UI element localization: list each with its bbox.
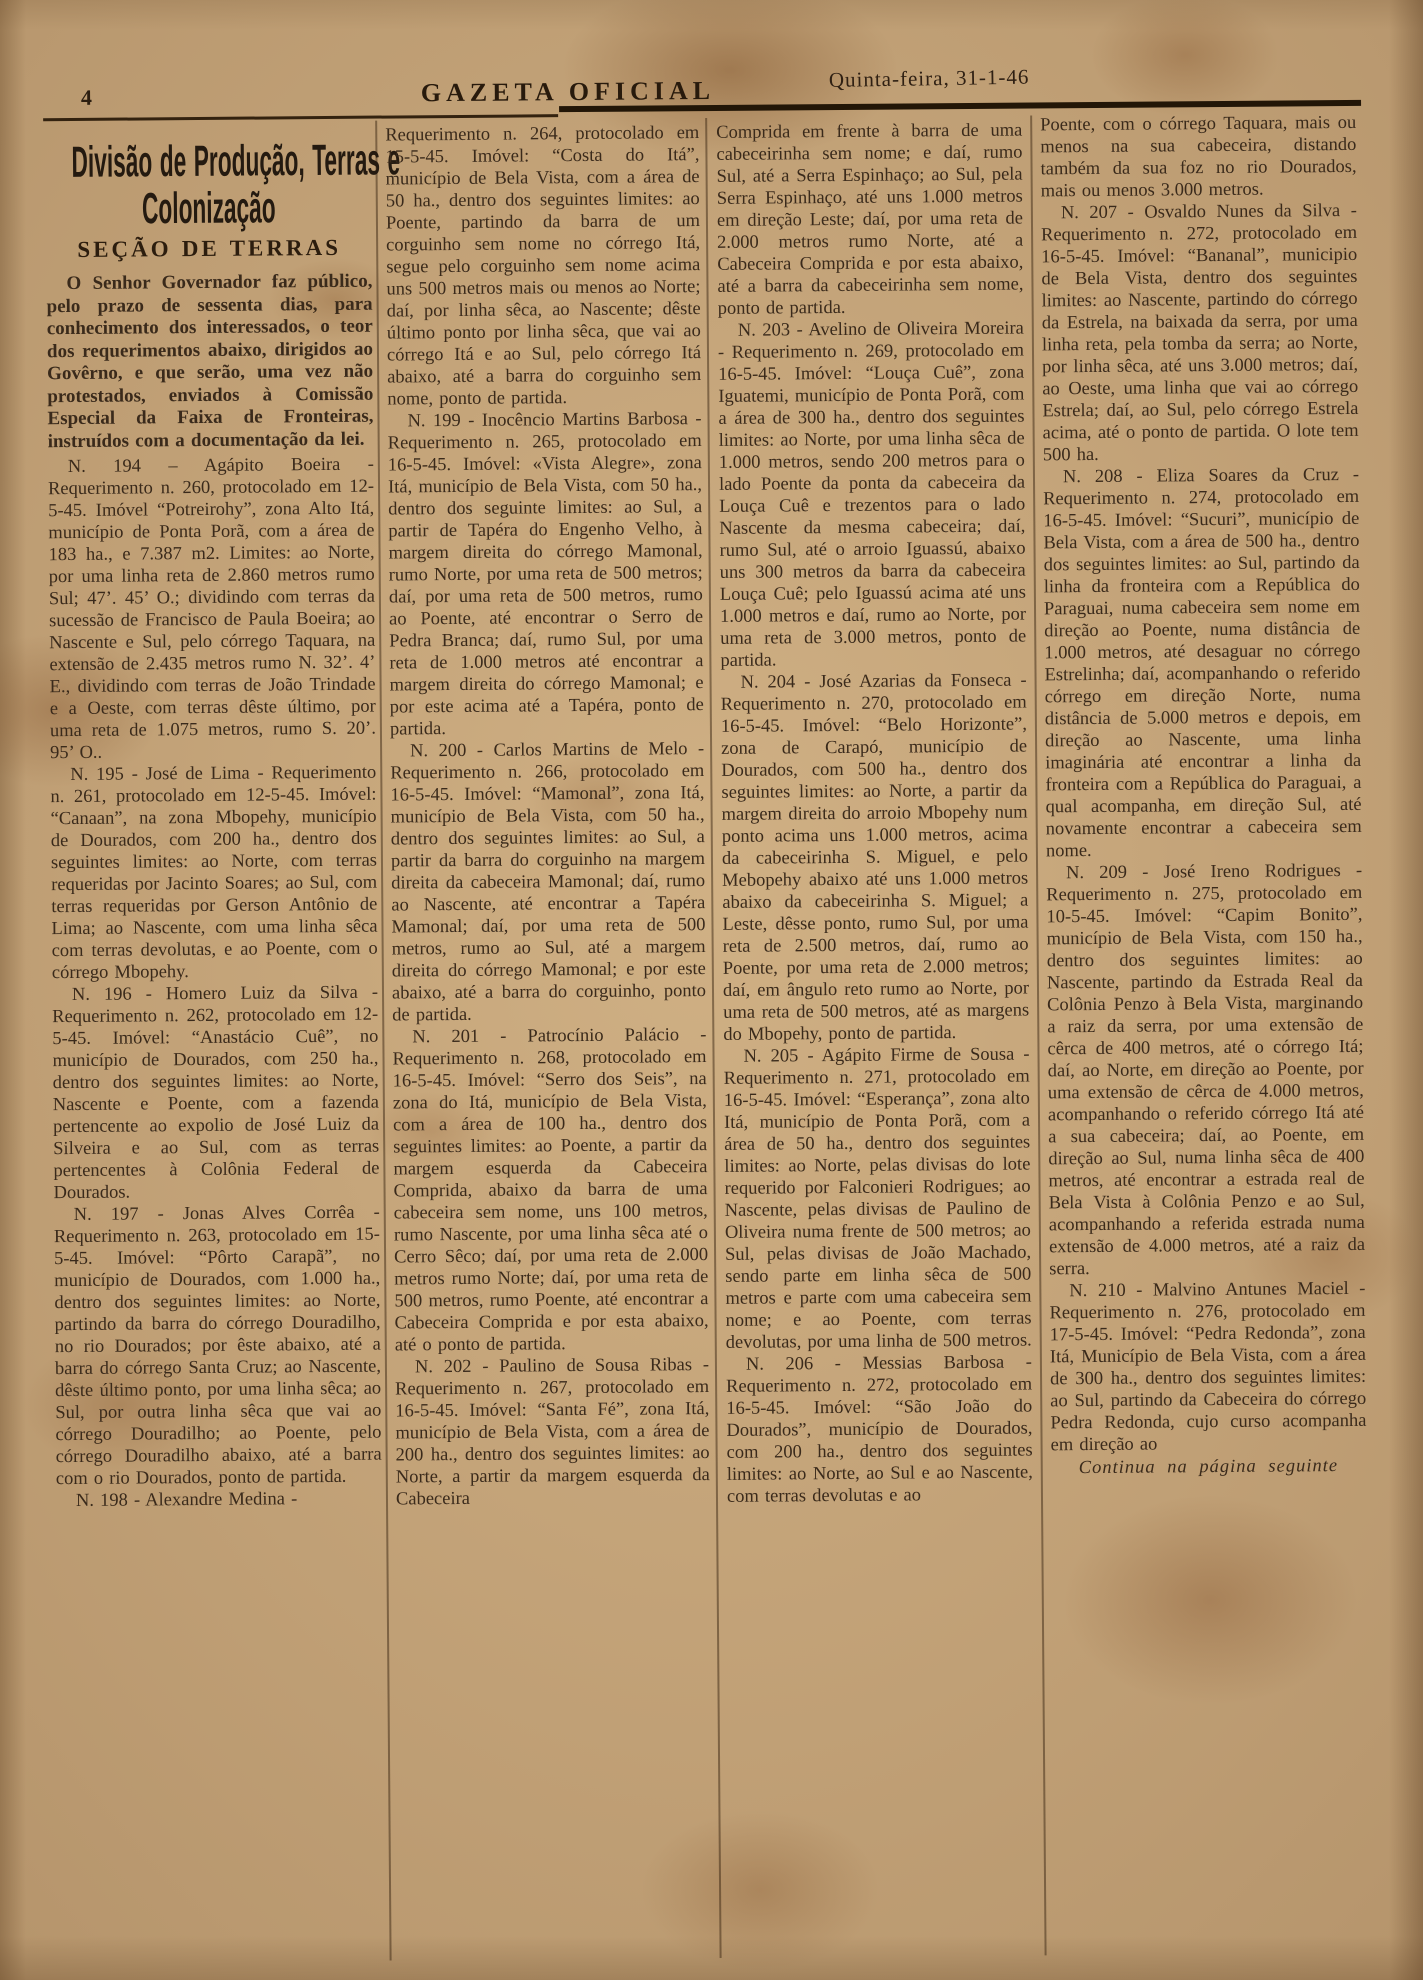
header-rule-left [43, 114, 558, 121]
column-2: Requerimento n. 264, protocolado em 15-5… [385, 122, 710, 1510]
paragraph: N. 200 - Carlos Martins de Melo - Requer… [390, 738, 706, 1026]
paragraph: N. 210 - Malvino Antunes Maciel - Requer… [1049, 1278, 1366, 1456]
paragraph: O Senhor Governador faz público, pelo pr… [46, 271, 373, 454]
paragraph: N. 202 - Paulino de Sousa Ribas - Requer… [395, 1354, 710, 1510]
paragraph: N. 196 - Homero Luiz da Silva - Requerim… [52, 982, 380, 1205]
paragraph: N. 207 - Osvaldo Nunes da Silva - Requer… [1041, 200, 1359, 466]
column-3: Comprida em frente à barra de uma cabece… [716, 120, 1033, 1508]
paragraph: N. 197 - Jonas Alves Corrêa - Requerimen… [54, 1202, 382, 1491]
paragraph: N. 203 - Avelino de Oliveira Moreira - R… [718, 318, 1027, 672]
printed-sheet: 4 GAZETA OFICIAL Quinta-feira, 31-1-46 D… [0, 0, 1423, 1980]
paragraph: N. 201 - Patrocínio Palácio - Requerimen… [392, 1024, 709, 1356]
paragraph: N. 209 - José Ireno Rodrigues - Requerim… [1046, 860, 1365, 1280]
paragraph: Comprida em frente à barra de uma cabece… [716, 120, 1024, 320]
paragraph: N. 195 - José de Lima - Requerimento n. … [50, 762, 378, 985]
paragraph: N. 208 - Eliza Soares da Cruz - Requerim… [1043, 464, 1362, 862]
paragraph: N. 204 - José Azarias da Fonseca - Reque… [721, 670, 1030, 1046]
paragraph: Requerimento n. 264, protocolado em 15-5… [385, 122, 701, 410]
newspaper-page: 4 GAZETA OFICIAL Quinta-feira, 31-1-46 D… [0, 0, 1423, 1980]
headline-line: Colonização [72, 170, 346, 248]
column-1-text: O Senhor Governador faz público, pelo pr… [46, 271, 382, 1513]
article-title: Divisão de Produção, Terras eColonização [45, 123, 372, 220]
paragraph: N. 206 - Messias Barbosa - Requerimento … [726, 1351, 1033, 1507]
paragraph: Continua na página seguinte [1051, 1455, 1367, 1479]
column-1: Divisão de Produção, Terras eColonização… [45, 121, 382, 1513]
column-4: Poente, com o córrego Taquara, mais ou m… [1040, 112, 1367, 1479]
paragraph: N. 198 - Alexandre Medina - [56, 1488, 382, 1513]
paragraph: N. 205 - Agápito Firme de Sousa - Requer… [723, 1044, 1031, 1354]
paragraph: N. 199 - Inocêncio Martins Barbosa - Req… [387, 408, 704, 740]
paragraph: Poente, com o córrego Taquara, mais ou m… [1040, 112, 1357, 202]
issue-date: Quinta-feira, 31-1-46 [829, 65, 1030, 93]
paragraph: N. 194 – Agápito Boeira - Requerimento n… [48, 454, 376, 765]
